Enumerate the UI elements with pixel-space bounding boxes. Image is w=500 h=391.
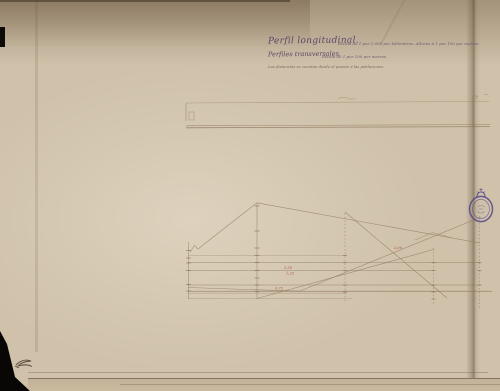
- profile-rise: [190, 203, 257, 252]
- profile-lines: [188, 203, 481, 299]
- plan-strip: [186, 95, 490, 128]
- stamp-emblem-scribble: [478, 206, 485, 214]
- plan-right-ticks: [474, 95, 488, 100]
- paper-fastener: [15, 360, 32, 368]
- scanned-archival-drawing: { "titles": { "line1_main": "Perfil long…: [0, 0, 500, 391]
- royal-seal-stamp: [470, 188, 493, 221]
- red-annotation: 1,25: [286, 272, 295, 276]
- profile-lower-line: [188, 288, 300, 292]
- profile-rising-line-1: [300, 217, 481, 291]
- red-annotation: 0,75: [275, 287, 284, 291]
- red-annotation: 1,50: [284, 266, 293, 270]
- red-annotation: 2,00: [393, 246, 403, 250]
- red-annotations: 1,50 1,25 0,75 2,00: [275, 246, 403, 291]
- datum-lines: [188, 256, 492, 299]
- plan-label-squiggle: [338, 97, 356, 99]
- profile-gentle-descent: [257, 203, 480, 243]
- profile-diagram: [186, 203, 492, 310]
- paper-sheet: Perfil longitudinal. Escala de 1 por 1.0…: [0, 0, 500, 391]
- ink-drawing-overlay: 1,50 1,25 0,75 2,00: [0, 0, 500, 391]
